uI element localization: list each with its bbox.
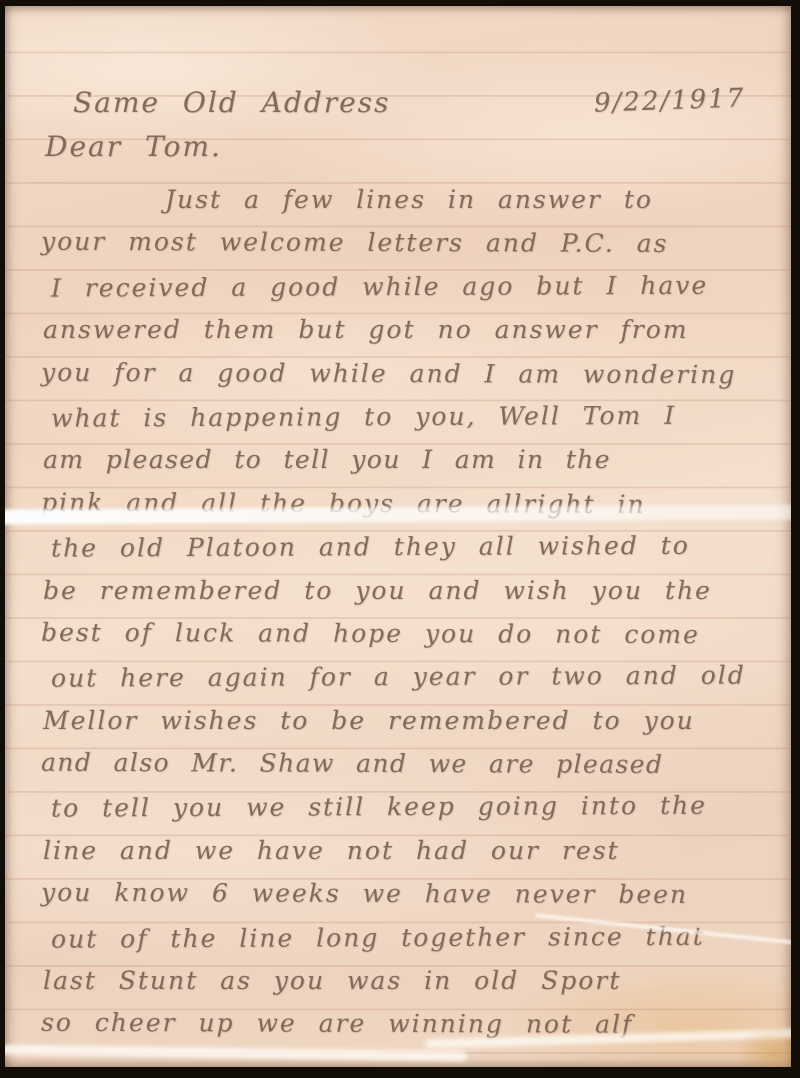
letter-header: Same Old Address 9/22/1917	[73, 86, 745, 119]
letter-line: answered them but got no answer from	[43, 308, 771, 351]
letter-line: to tell you we still keep going into the	[51, 784, 771, 831]
letter-line: am pleased to tell you I am in the	[43, 438, 771, 481]
scan-frame: Same Old Address 9/22/1917 Dear Tom. Jus…	[0, 0, 800, 1078]
bottom-fold-crease-left	[5, 1045, 467, 1062]
letter-line: you know 6 weeks we have never been	[41, 871, 771, 917]
letter-paper: Same Old Address 9/22/1917 Dear Tom. Jus…	[5, 6, 791, 1067]
letter-line: last Stunt as you was in old Sport	[43, 959, 771, 1002]
letter-line: Mellor wishes to be remembered to you	[43, 699, 771, 742]
letter-line: your most welcome letters and P.C. as	[41, 220, 771, 266]
salutation: Dear Tom.	[45, 130, 222, 163]
letter-line: so cheer up we are winning not alf	[41, 1001, 771, 1047]
letter-body: Just a few lines in answer to your most …	[43, 178, 771, 1046]
date-line: 9/22/1917	[593, 83, 745, 121]
letter-line: what is happening to you, Well Tom I	[51, 393, 771, 440]
letter-line: line and we have not had our rest	[43, 829, 771, 872]
letter-line: pink and all the boys are allright in	[41, 480, 771, 526]
letter-line: best of luck and hope you do not come	[41, 611, 771, 657]
letter-line: you for a good while and I am wondering	[41, 350, 771, 396]
letter-line: out of the line long together since that	[51, 914, 771, 961]
address-line: Same Old Address	[73, 86, 390, 119]
letter-line: I received a good while ago but I have	[51, 263, 771, 310]
letter-line: be remembered to you and wish you the	[43, 569, 771, 612]
letter-line: out here again for a year or two and old	[51, 654, 771, 701]
letter-line: the old Platoon and they all wished to	[51, 524, 771, 571]
letter-line: and also Mr. Shaw and we are pleased	[41, 741, 771, 787]
letter-line: Just a few lines in answer to	[43, 178, 771, 221]
